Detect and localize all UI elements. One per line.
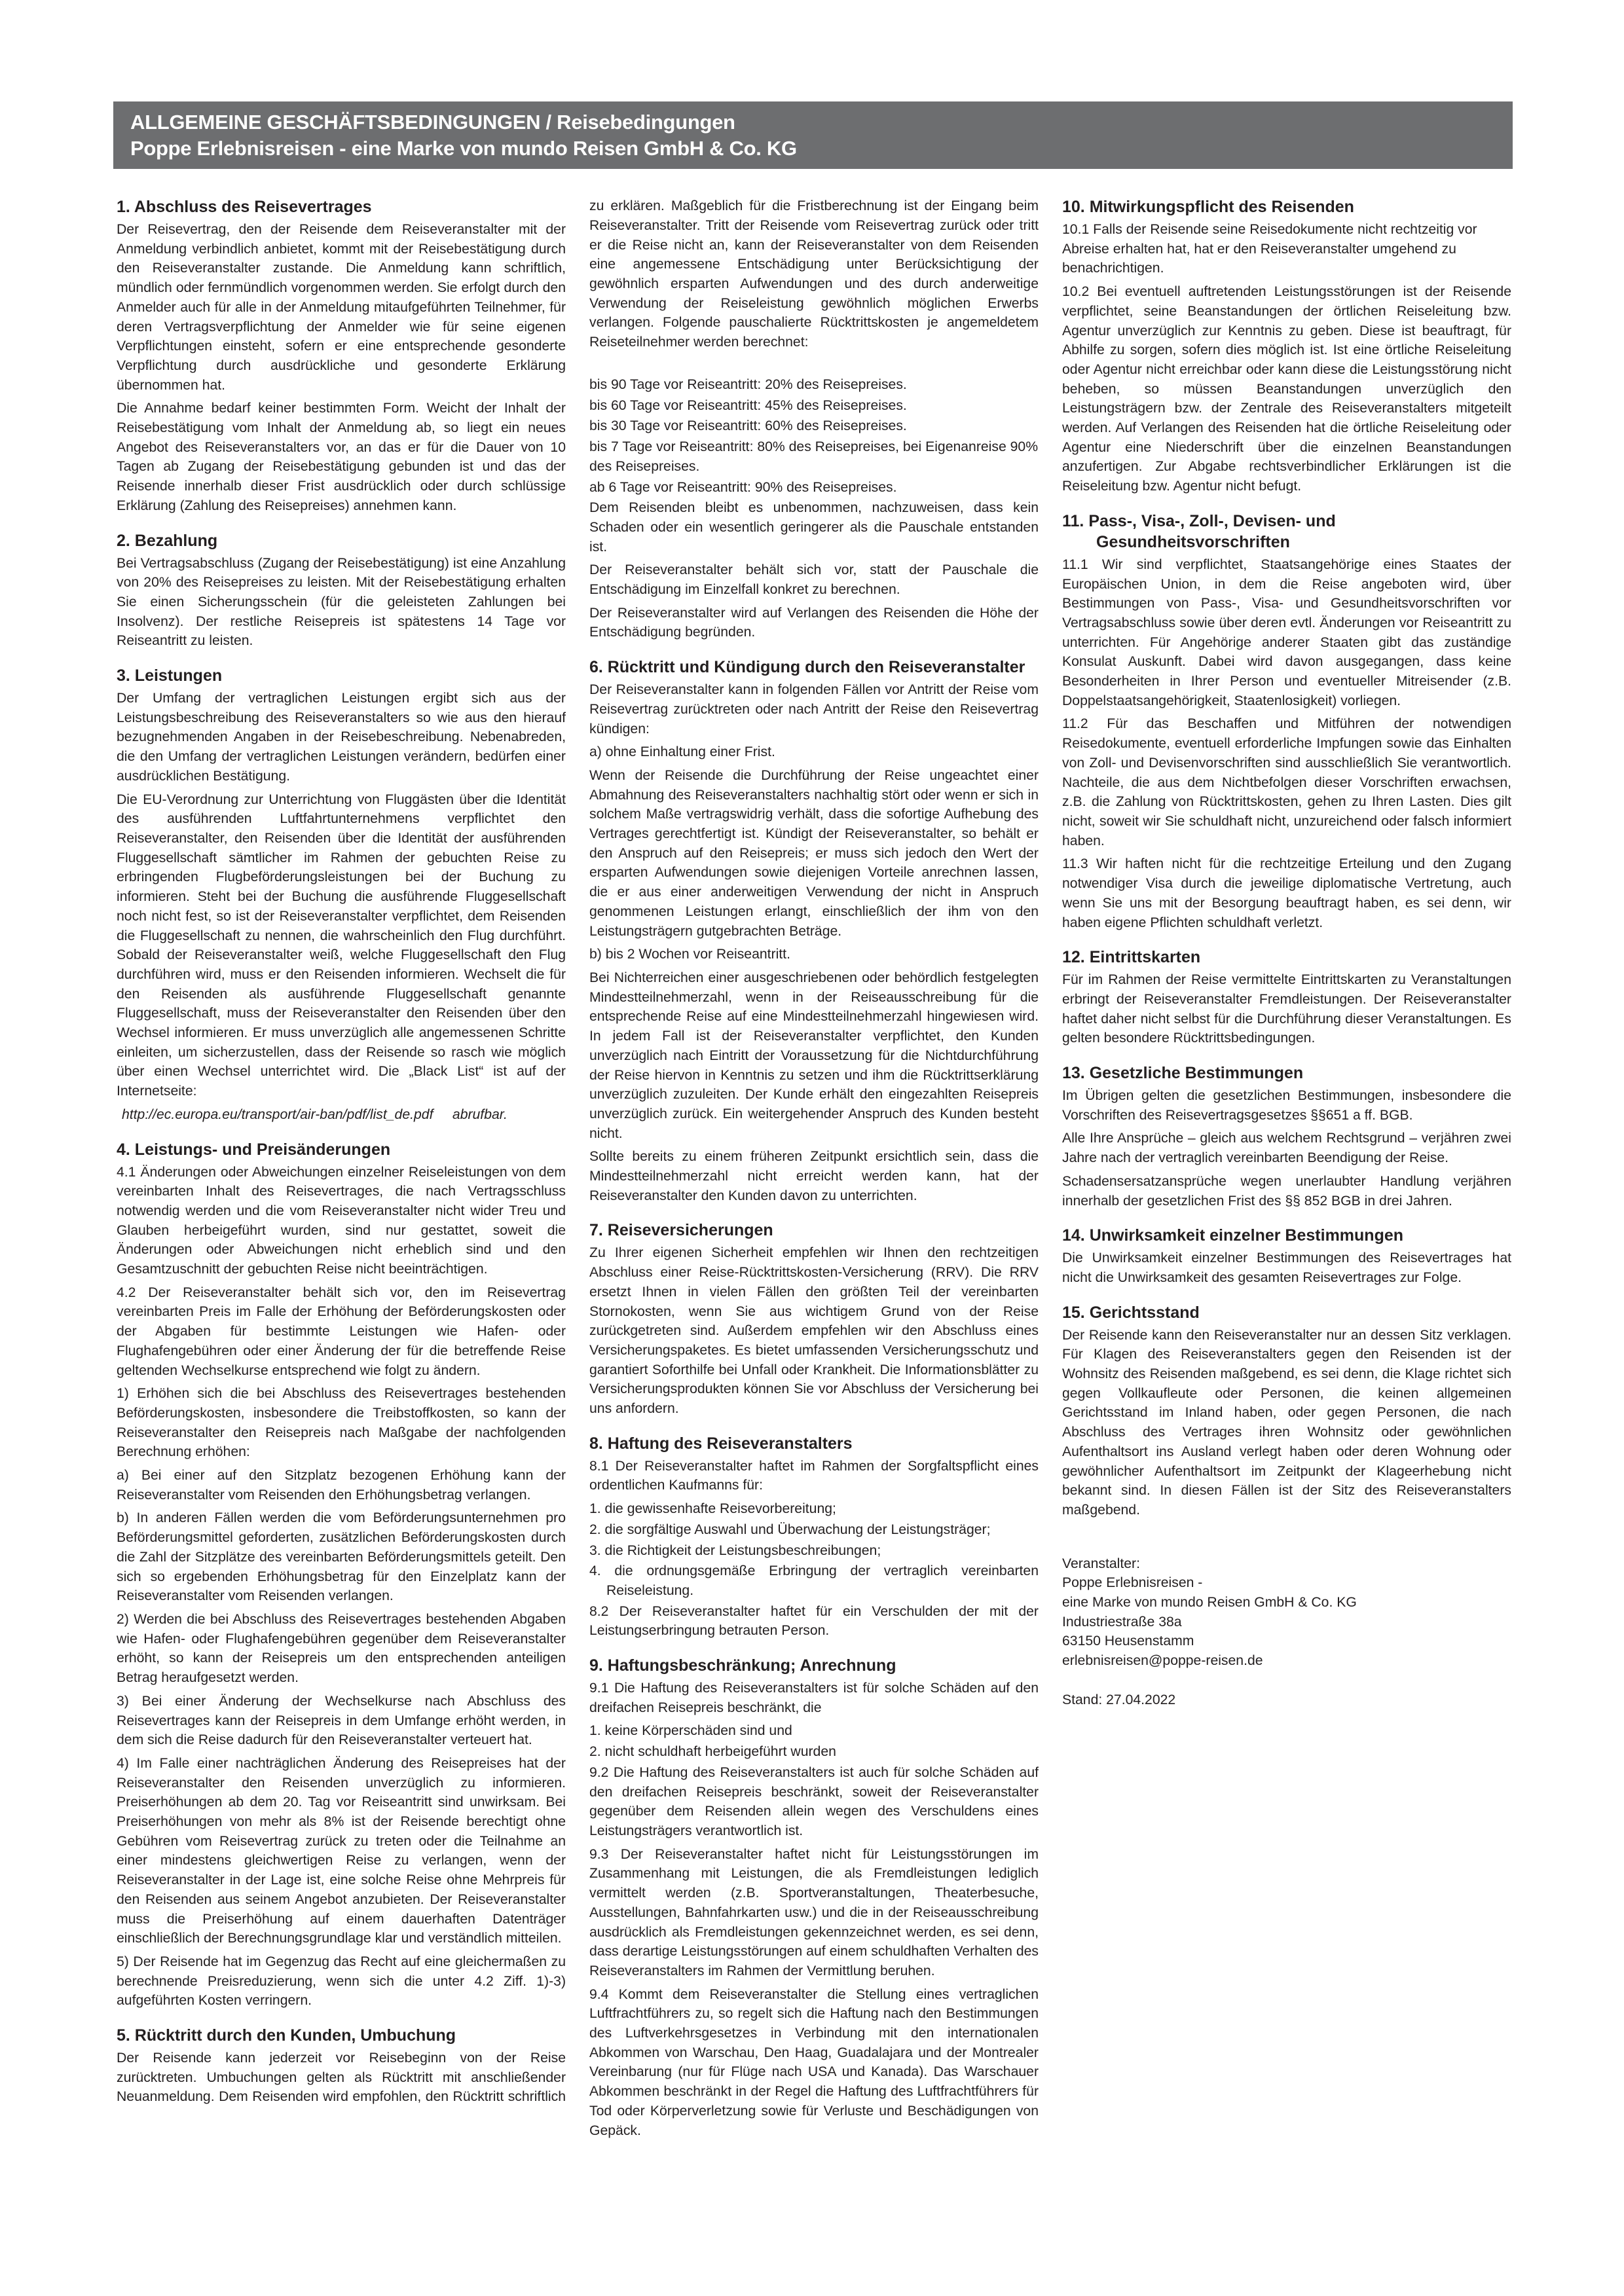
organizer-name: Poppe Erlebnisreisen - xyxy=(1062,1573,1511,1593)
section-5-continued: Der Reisende kann jederzeit vor Reisebeg… xyxy=(589,196,1039,642)
section-8: 8. Haftung des Reiseveranstalters 8.1 De… xyxy=(589,1433,1039,1641)
section-5: 5. Rücktritt durch den Kunden, Umbuchung… xyxy=(117,2025,566,2107)
organizer-email[interactable]: erlebnisreisen@poppe-reisen.de xyxy=(1062,1651,1511,1671)
section-heading: 1. Abschluss des Reisevertrages xyxy=(117,196,566,217)
paragraph: Der Reiseveranstalter kann in folgenden … xyxy=(589,680,1039,738)
section-heading: 10. Mitwirkungspflicht des Reisenden xyxy=(1062,196,1511,217)
section-15: 15. Gerichtsstand Der Reisende kann den … xyxy=(1062,1302,1511,1520)
section-heading: 4. Leistungs- und Preisänderungen xyxy=(117,1139,566,1160)
section-9: 9. Haftungsbeschränkung; Anrechnung 9.1 … xyxy=(589,1655,1039,2140)
section-14: 14. Unwirksamkeit einzelner Bestimmungen… xyxy=(1062,1225,1511,1287)
paragraph: 8.1 Der Reiseveranstalter haftet im Rahm… xyxy=(589,1457,1039,1495)
section-heading: 6. Rücktritt und Kündigung durch den Rei… xyxy=(589,657,1039,678)
section-1: 1. Abschluss des Reisevertrages Der Reis… xyxy=(117,196,566,516)
column-2: Der Reisende kann jederzeit vor Reisebeg… xyxy=(589,196,1039,2155)
paragraph: 9.3 Der Reiseveranstalter haftet nicht f… xyxy=(589,1845,1039,1981)
paragraph: 8.2 Der Reiseveranstalter haftet für ein… xyxy=(589,1602,1039,1641)
section-heading: 13. Gesetzliche Bestimmungen xyxy=(1062,1063,1511,1084)
fee-item: bis 90 Tage vor Reiseantritt: 20% des Re… xyxy=(589,375,1039,395)
document-title: ALLGEMEINE GESCHÄFTSBEDINGUNGEN / Reiseb… xyxy=(130,109,1513,136)
paragraph: a) Bei einer auf den Sitzplatz bezogenen… xyxy=(117,1466,566,1504)
section-12: 12. Eintrittskarten Für im Rahmen der Re… xyxy=(1062,947,1511,1048)
paragraph: Der Reisende kann jederzeit vor Reisebeg… xyxy=(117,2049,566,2107)
paragraph: Schadensersatzansprüche wegen unerlaubte… xyxy=(1062,1172,1511,1211)
fee-item: bis 30 Tage vor Reiseantritt: 60% des Re… xyxy=(589,416,1039,436)
section-6: 6. Rücktritt und Kündigung durch den Rei… xyxy=(589,657,1039,1205)
list-item: 2. nicht schuldhaft herbeigeführt wurden xyxy=(589,1742,1039,1762)
paragraph: Die Annahme bedarf keiner bestimmten For… xyxy=(117,399,566,515)
fee-item: ab 6 Tage vor Reiseantritt: 90% des Reis… xyxy=(589,478,1039,498)
paragraph: 11.1 Wir sind verpflichtet, Staatsangehö… xyxy=(1062,555,1511,711)
paragraph: Der Reisende kann den Reiseveranstalter … xyxy=(1062,1326,1511,1520)
section-7: 7. Reiseversicherungen Zu Ihrer eigenen … xyxy=(589,1220,1039,1418)
paragraph: b) In anderen Fällen werden die vom Befö… xyxy=(117,1508,566,1606)
list-item: b) bis 2 Wochen vor Reiseantritt. xyxy=(589,945,1039,964)
column-1: 1. Abschluss des Reisevertrages Der Reis… xyxy=(117,196,566,2121)
section-heading: 7. Reiseversicherungen xyxy=(589,1220,1039,1241)
fee-item: bis 7 Tage vor Reiseantritt: 80% des Rei… xyxy=(589,437,1039,476)
section-heading: 11. Pass-, Visa-, Zoll-, Devisen- und Ge… xyxy=(1062,511,1511,553)
url-suffix: abrufbar. xyxy=(452,1107,507,1122)
paragraph-continued: Der Reisende kann jederzeit vor Reisebeg… xyxy=(589,196,1039,371)
section-heading: 14. Unwirksamkeit einzelner Bestimmungen xyxy=(1062,1225,1511,1246)
list-item: 2. die sorgfältige Auswahl und Überwachu… xyxy=(589,1520,1039,1540)
list-item: a) ohne Einhaltung einer Frist. xyxy=(589,742,1039,762)
section-3: 3. Leistungen Der Umfang der vertraglich… xyxy=(117,665,566,1124)
list-item: 4. die ordnungsgemäße Erbringung der ver… xyxy=(589,1561,1039,1600)
document-header: ALLGEMEINE GESCHÄFTSBEDINGUNGEN / Reiseb… xyxy=(113,101,1513,169)
column-3: 10. Mitwirkungspflicht des Reisenden 10.… xyxy=(1062,196,1511,1710)
section-11: 11. Pass-, Visa-, Zoll-, Devisen- und Ge… xyxy=(1062,511,1511,932)
paragraph: Dem Reisenden bleibt es unbenommen, nach… xyxy=(589,498,1039,556)
organizer-company: eine Marke von mundo Reisen GmbH & Co. K… xyxy=(1062,1593,1511,1613)
paragraph: 10.2 Bei eventuell auftretenden Leistung… xyxy=(1062,282,1511,496)
paragraph: 9.1 Die Haftung des Reiseveranstalters i… xyxy=(589,1679,1039,1717)
section-heading: 2. Bezahlung xyxy=(117,530,566,551)
paragraph: 4.2 Der Reiseveranstalter behält sich vo… xyxy=(117,1283,566,1381)
paragraph: Im Übrigen gelten die gesetzlichen Besti… xyxy=(1062,1086,1511,1125)
section-13: 13. Gesetzliche Bestimmungen Im Übrigen … xyxy=(1062,1063,1511,1211)
paragraph: Bei Nichterreichen einer ausgeschriebene… xyxy=(589,968,1039,1143)
organizer-street: Industriestraße 38a xyxy=(1062,1613,1511,1632)
paragraph: Der Reiseveranstalter wird auf Verlangen… xyxy=(589,604,1039,642)
section-heading: 5. Rücktritt durch den Kunden, Umbuchung xyxy=(117,2025,566,2046)
paragraph: 1) Erhöhen sich die bei Abschluss des Re… xyxy=(117,1384,566,1462)
paragraph: Zu Ihrer eigenen Sicherheit empfehlen wi… xyxy=(589,1243,1039,1418)
paragraph: Sollte bereits zu einem früheren Zeitpun… xyxy=(589,1147,1039,1205)
section-4: 4. Leistungs- und Preisänderungen 4.1 Än… xyxy=(117,1139,566,2011)
section-10: 10. Mitwirkungspflicht des Reisenden 10.… xyxy=(1062,196,1511,496)
paragraph: 5) Der Reisende hat im Gegenzug das Rech… xyxy=(117,1952,566,2011)
paragraph: Alle Ihre Ansprüche – gleich aus welchem… xyxy=(1062,1129,1511,1167)
paragraph: 4.1 Änderungen oder Abweichungen einzeln… xyxy=(117,1163,566,1279)
paragraph: Für im Rahmen der Reise vermittelte Eint… xyxy=(1062,970,1511,1048)
organizer-city: 63150 Heusenstamm xyxy=(1062,1631,1511,1651)
paragraph: Der Reisevertrag, den der Reisende dem R… xyxy=(117,220,566,395)
paragraph: 4) Im Falle einer nachträglichen Änderun… xyxy=(117,1754,566,1948)
stand-date: Stand: 27.04.2022 xyxy=(1062,1690,1511,1710)
paragraph: Die EU-Verordnung zur Unterrichtung von … xyxy=(117,790,566,1101)
paragraph: 11.3 Wir haften nicht für die rechtzeiti… xyxy=(1062,854,1511,932)
section-heading: 8. Haftung des Reiseveranstalters xyxy=(589,1433,1039,1454)
organizer-address: Veranstalter: Poppe Erlebnisreisen - ein… xyxy=(1062,1554,1511,1671)
paragraph: 2) Werden die bei Abschluss des Reisever… xyxy=(117,1610,566,1688)
paragraph: 3) Bei einer Änderung der Wechselkurse n… xyxy=(117,1692,566,1750)
document-subtitle: Poppe Erlebnisreisen - eine Marke von mu… xyxy=(130,136,1513,162)
section-heading: 15. Gerichtsstand xyxy=(1062,1302,1511,1323)
organizer-label: Veranstalter: xyxy=(1062,1554,1511,1574)
paragraph: 10.1 Falls der Reisende seine Reisedokum… xyxy=(1062,220,1511,278)
section-heading: 12. Eintrittskarten xyxy=(1062,947,1511,968)
section-2: 2. Bezahlung Bei Vertragsabschluss (Zuga… xyxy=(117,530,566,651)
black-list-url[interactable]: http://ec.europa.eu/transport/air-ban/pd… xyxy=(122,1105,566,1125)
list-item: 1. keine Körperschäden sind und xyxy=(589,1721,1039,1741)
fee-item: bis 60 Tage vor Reiseantritt: 45% des Re… xyxy=(589,396,1039,416)
paragraph: 9.4 Kommt dem Reiseveranstalter die Stel… xyxy=(589,1985,1039,2141)
paragraph: 9.2 Die Haftung des Reiseveranstalters i… xyxy=(589,1763,1039,1841)
paragraph: Die Unwirksamkeit einzelner Bestimmungen… xyxy=(1062,1248,1511,1287)
paragraph: 11.2 Für das Beschaffen und Mitführen de… xyxy=(1062,714,1511,850)
section-heading: 3. Leistungen xyxy=(117,665,566,686)
paragraph: Bei Vertragsabschluss (Zugang der Reiseb… xyxy=(117,554,566,651)
list-item: 1. die gewissenhafte Reisevorbereitung; xyxy=(589,1499,1039,1519)
paragraph: Der Umfang der vertraglichen Leistungen … xyxy=(117,689,566,786)
paragraph: Der Reiseveranstalter behält sich vor, s… xyxy=(589,560,1039,599)
section-heading: 9. Haftungsbeschränkung; Anrechnung xyxy=(589,1655,1039,1676)
url-link[interactable]: http://ec.europa.eu/transport/air-ban/pd… xyxy=(122,1107,433,1122)
list-item: 3. die Richtigkeit der Leistungsbeschrei… xyxy=(589,1541,1039,1561)
paragraph: Wenn der Reisende die Durchführung der R… xyxy=(589,766,1039,941)
